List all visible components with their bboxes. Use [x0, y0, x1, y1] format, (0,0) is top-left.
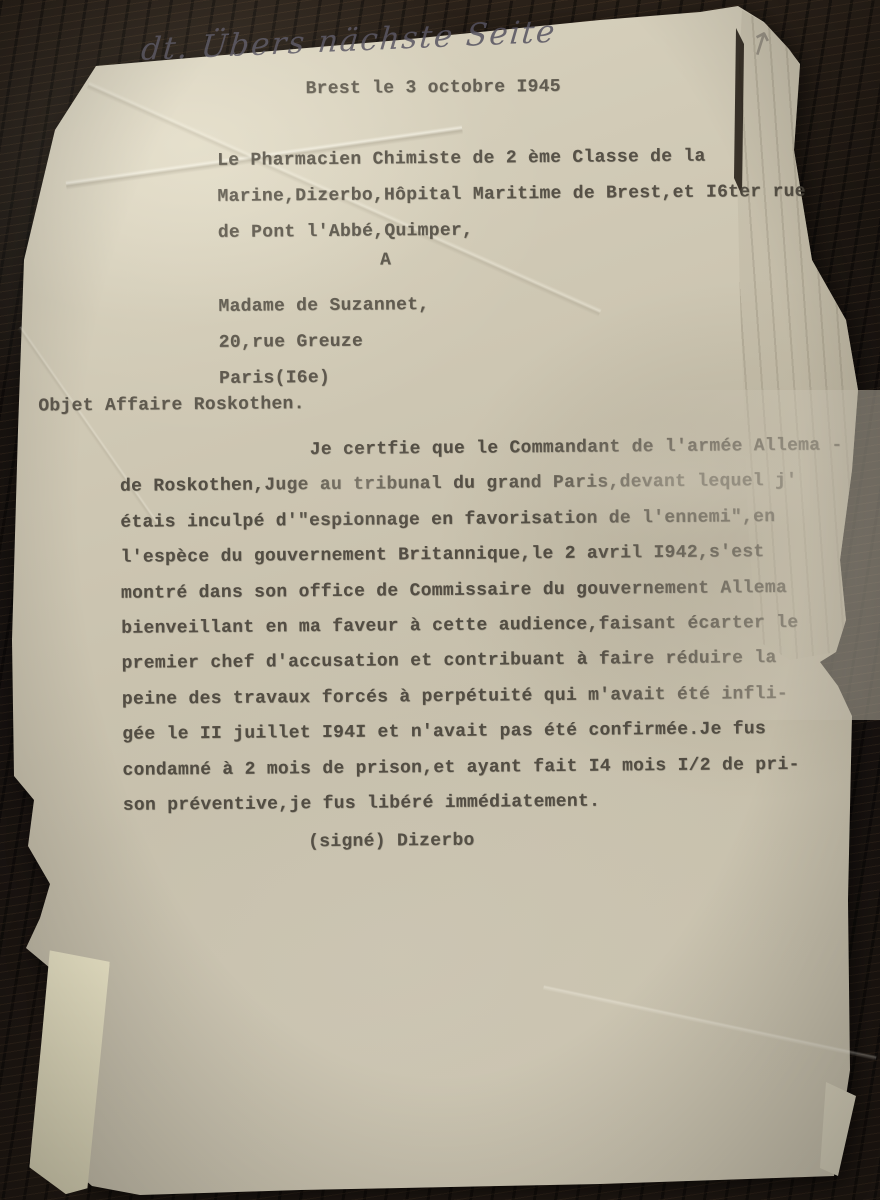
recipient-line: 20,rue Greuze	[219, 323, 430, 361]
sender-line: Le Pharmacien Chimiste de 2 ème Classe d…	[217, 138, 806, 179]
signature-line: (signé) Dizerbo	[308, 831, 475, 852]
body-line: condamné à 2 mois de prison,et ayant fai…	[122, 747, 845, 789]
sender-block: Le Pharmacien Chimiste de 2 ème Classe d…	[217, 138, 806, 251]
pencil-mark: ↑	[742, 22, 779, 66]
sender-line: Marine,Dizerbo,Hôpital Maritime de Brest…	[217, 174, 806, 215]
recipient-line: Madame de Suzannet,	[218, 287, 429, 325]
body-line: gée le II juillet I94I et n'avait pas ét…	[122, 712, 845, 754]
body-line: de Roskothen,Juge au tribunal du grand P…	[120, 464, 843, 506]
dateline: Brest le 3 octobre I945	[305, 77, 561, 99]
letter-body: Je certfie que le Commandant de l'armée …	[120, 428, 846, 824]
recipient-block: Madame de Suzannet, 20,rue Greuze Paris(…	[218, 287, 430, 397]
salutation: A	[380, 250, 391, 270]
recipient-line: Paris(I6e)	[219, 359, 430, 397]
subject-line: Objet Affaire Roskothen.	[38, 394, 305, 416]
photograph-of-letter: dt. Übers nächste Seite ↑ Brest le 3 oct…	[0, 0, 880, 1200]
body-line: premier chef d'accusation et contribuant…	[121, 641, 844, 683]
body-line: son préventive,je fus libéré immédiateme…	[123, 783, 846, 825]
sender-line: de Pont l'Abbé,Quimper,	[218, 210, 807, 251]
letter-text-layer: dt. Übers nächste Seite ↑ Brest le 3 oct…	[0, 0, 880, 1200]
body-line: l'espèce du gouvernement Britannique,le …	[120, 535, 843, 577]
handwritten-note: dt. Übers nächste Seite	[140, 14, 559, 68]
